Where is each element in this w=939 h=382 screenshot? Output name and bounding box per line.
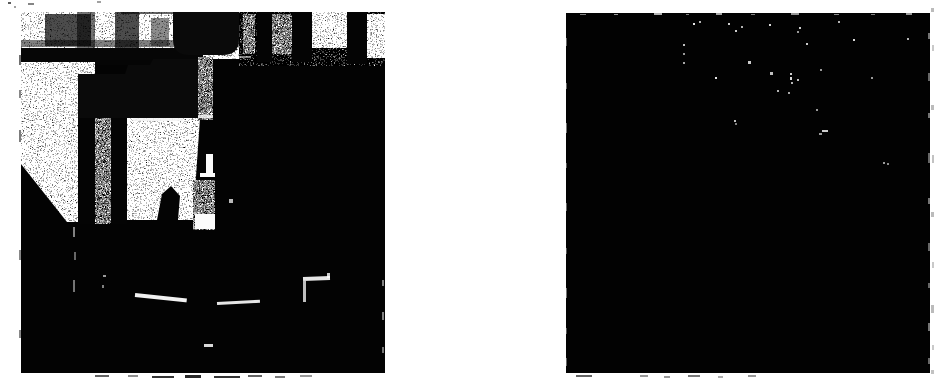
reflection-streak-mark: [103, 275, 106, 277]
scan-noise-dash: [14, 6, 16, 8]
scan-noise-dash: [214, 376, 240, 378]
figure-dark-photo: [566, 13, 930, 373]
white-speck: [734, 120, 736, 122]
white-speck: [566, 203, 567, 211]
scan-noise-dash: [19, 55, 21, 65]
scan-noise-dash: [19, 330, 21, 338]
white-speck: [791, 13, 799, 15]
scan-noise-dash: [931, 370, 934, 374]
white-speck: [928, 198, 930, 204]
white-speck: [699, 21, 701, 23]
white-speck: [819, 133, 822, 135]
reflection-streak-mark: [135, 293, 187, 302]
white-speck: [791, 82, 793, 84]
white-speck: [654, 13, 662, 15]
white-speck: [566, 163, 567, 168]
white-speck: [735, 123, 737, 125]
reflection-streak-mark: [102, 285, 104, 288]
white-speck: [790, 73, 792, 75]
white-speck: [683, 44, 685, 46]
white-speck: [806, 43, 808, 45]
white-speck: [751, 14, 755, 15]
white-speck: [906, 13, 912, 15]
white-speck: [928, 73, 930, 81]
white-speck: [788, 92, 790, 94]
white-speck: [797, 31, 799, 33]
reflection-streak-mark: [303, 276, 330, 280]
white-speck: [797, 79, 799, 81]
scan-noise-dash: [8, 2, 11, 4]
white-speck: [799, 27, 801, 29]
reflection-streak-mark: [239, 56, 251, 58]
scan-noise-dash: [664, 376, 670, 378]
reflection-streak-mark: [382, 312, 384, 320]
white-speck: [769, 24, 771, 26]
white-speck: [728, 23, 730, 25]
white-speck: [683, 62, 685, 64]
scan-noise-dash: [931, 305, 934, 313]
scan-noise-dash: [932, 45, 934, 51]
white-speck: [907, 38, 909, 40]
reflection-streak-mark: [303, 281, 306, 302]
white-speck: [693, 23, 695, 25]
white-speck: [748, 61, 751, 64]
white-speck: [871, 14, 875, 15]
scan-noise-dash: [248, 375, 262, 377]
white-speck: [566, 288, 567, 298]
white-speck: [822, 130, 828, 132]
apparatus-highlight-marks-layer: [21, 12, 385, 373]
scan-noise-dash: [185, 375, 201, 378]
white-speck: [777, 90, 779, 92]
scan-noise-dash: [95, 375, 109, 377]
white-speck: [790, 77, 792, 80]
white-speck: [928, 33, 930, 39]
scan-noise-dash: [932, 345, 934, 350]
reflection-streak-mark: [204, 344, 213, 347]
scan-noise-dash: [152, 376, 174, 378]
dark-photo-speckle-layer: [566, 13, 930, 373]
white-speck: [614, 14, 618, 15]
white-speck: [928, 113, 930, 118]
scan-noise-dash: [640, 375, 648, 377]
white-speck: [683, 53, 685, 55]
scan-noise-dash: [688, 375, 700, 377]
scan-noise-dash: [748, 375, 756, 377]
reflection-streak-mark: [217, 300, 260, 305]
scan-noise-dash: [275, 376, 285, 378]
white-speck: [853, 39, 855, 41]
white-speck: [686, 14, 689, 15]
white-speck: [770, 72, 773, 75]
white-speck: [820, 69, 822, 71]
white-speck: [566, 83, 567, 89]
white-speck: [838, 21, 840, 23]
scan-noise-dash: [97, 1, 101, 3]
white-speck: [928, 358, 930, 364]
white-speck: [741, 26, 743, 28]
scan-noise-dash: [28, 3, 34, 5]
white-speck: [580, 14, 586, 15]
white-speck: [566, 358, 567, 366]
scan-noise-dash: [931, 105, 934, 110]
reflection-streak-mark: [382, 347, 384, 353]
scan-noise-dash: [128, 375, 138, 377]
scan-noise-dash: [576, 375, 592, 377]
scan-noise-dash: [300, 375, 312, 377]
scan-noise-dash: [19, 250, 21, 260]
scan-noise-dash: [19, 90, 21, 98]
white-speck: [566, 248, 567, 254]
white-speck: [715, 77, 717, 79]
scan-noise-dash: [932, 155, 934, 163]
scan-noise-dash: [931, 212, 934, 217]
white-speck: [928, 323, 930, 331]
white-speck: [887, 163, 889, 165]
white-speck: [816, 109, 818, 111]
white-speck: [566, 123, 567, 133]
scan-noise-dash: [718, 376, 723, 378]
scanned-page: [0, 0, 939, 382]
white-speck: [566, 38, 567, 46]
reflection-streak-mark: [327, 273, 330, 278]
scan-noise-dash: [932, 262, 934, 268]
white-speck: [871, 77, 873, 79]
white-speck: [735, 30, 737, 32]
white-speck: [883, 162, 885, 164]
white-speck: [928, 243, 930, 251]
figure-apparatus-photo: [21, 12, 385, 373]
white-speck: [566, 328, 567, 334]
scan-noise-dash: [931, 8, 934, 12]
reflection-streak-mark: [74, 252, 76, 260]
white-speck: [928, 153, 930, 163]
white-speck: [928, 283, 930, 288]
reflection-streak-mark: [73, 227, 75, 237]
reflection-streak-mark: [73, 280, 75, 292]
white-speck: [834, 14, 839, 15]
scan-noise-dash: [19, 130, 21, 142]
reflection-streak-mark: [382, 280, 384, 286]
white-speck: [716, 13, 722, 15]
